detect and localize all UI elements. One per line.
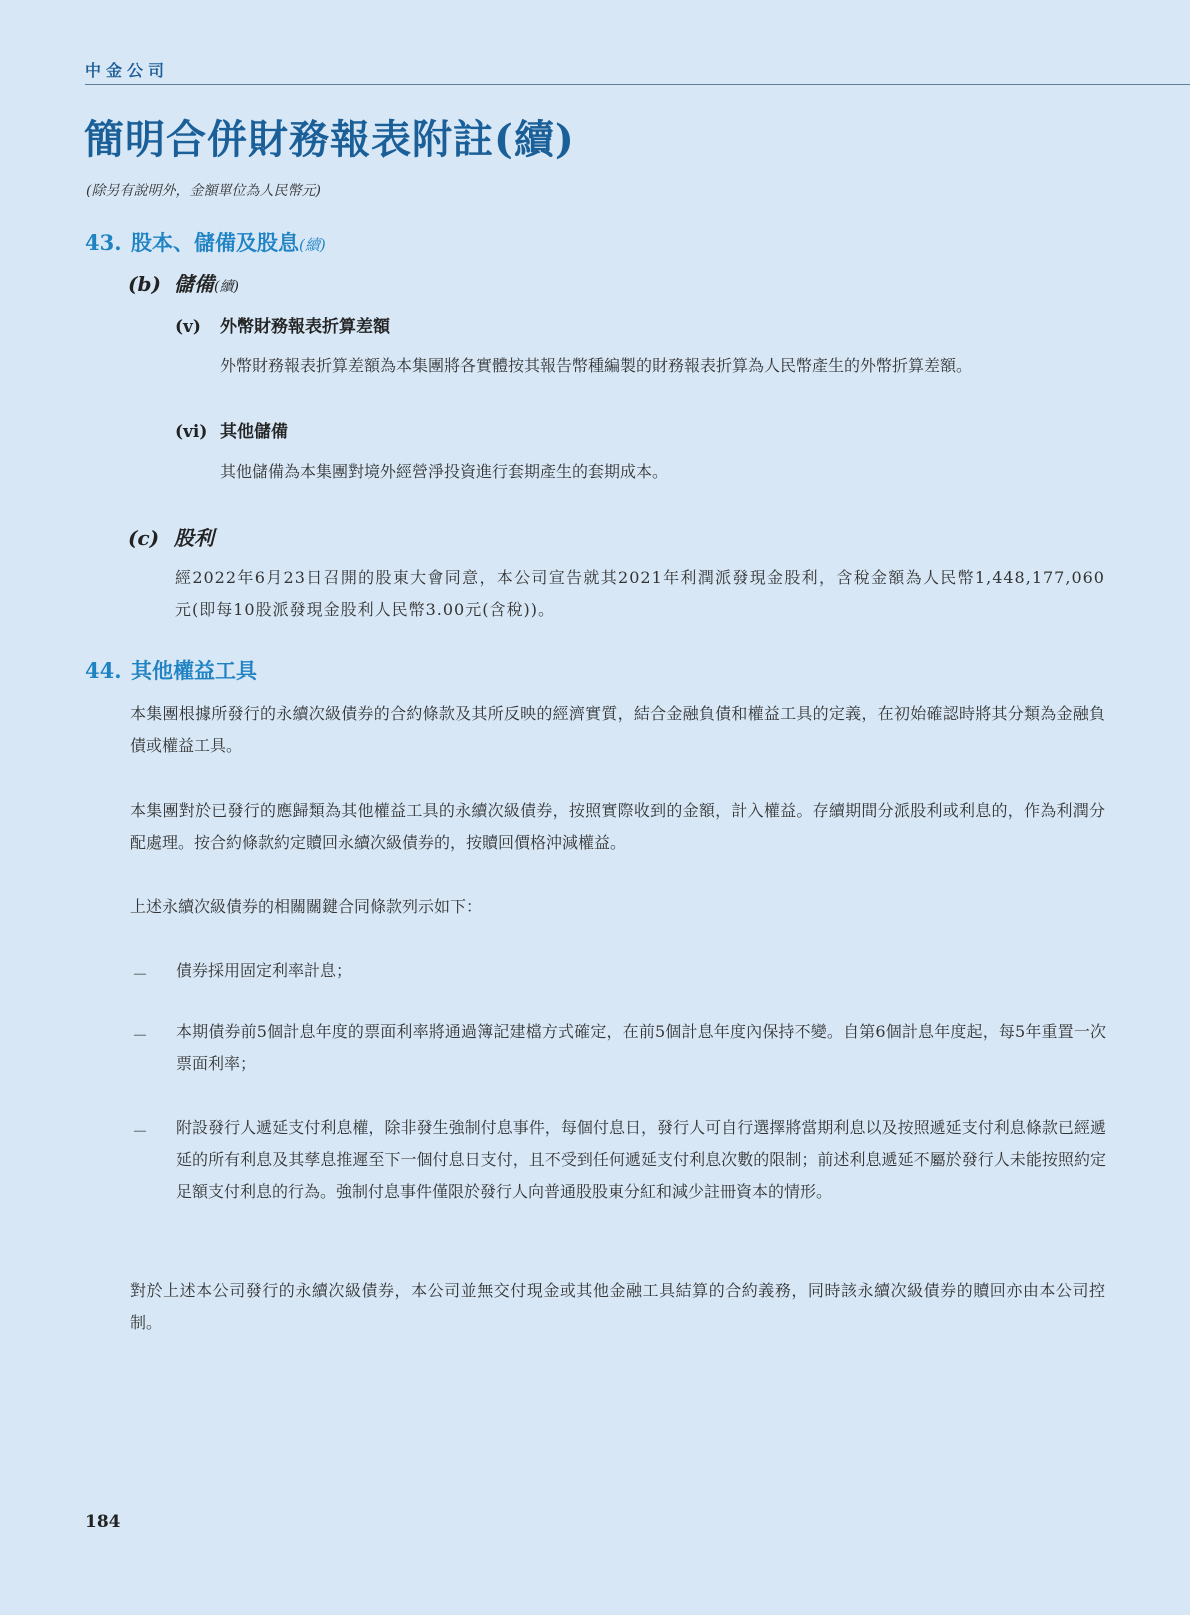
item-title: 外幣財務報表折算差額 <box>220 317 390 337</box>
subsection-number: (c) <box>128 526 174 550</box>
section-43-heading: 43.股本、儲備及股息(續) <box>85 227 326 257</box>
bullet-item: 附設發行人遞延支付利息權，除非發生強制付息事件，每個付息日，發行人可自行選擇將當… <box>176 1112 1106 1208</box>
item-v-text: 外幣財務報表折算差額為本集團將各實體按其報告幣種編製的財務報表折算為人民幣產生的… <box>220 350 1110 382</box>
item-title: 其他儲備 <box>220 422 288 442</box>
bullet-item: 債券採用固定利率計息； <box>176 955 1106 987</box>
item-vi-text: 其他儲備為本集團對境外經營淨投資進行套期產生的套期成本。 <box>220 456 1110 488</box>
item-number: (v) <box>175 317 220 337</box>
section-44-paragraph: 本集團對於已發行的應歸類為其他權益工具的永續次級債券，按照實際收到的金額，計入權… <box>130 795 1105 859</box>
bullet-dash-icon: － <box>132 1119 148 1142</box>
subsection-title: 股利 <box>174 526 214 550</box>
page-number: 184 <box>85 1512 121 1532</box>
section-title: 其他權益工具 <box>131 658 257 683</box>
company-name: 中金公司 <box>85 58 169 81</box>
continued-label: (續) <box>299 236 326 254</box>
bullet-item: 本期債券前5個計息年度的票面利率將通過簿記建檔方式確定，在前5個計息年度內保持不… <box>176 1016 1106 1080</box>
item-number: (vi) <box>175 422 220 442</box>
continued-label: (續) <box>214 279 239 295</box>
subsection-title: 儲備 <box>174 272 214 296</box>
subsection-c-heading: (c)股利 <box>128 522 214 551</box>
subsection-number: (b) <box>128 272 174 296</box>
section-44-paragraph: 本集團根據所發行的永續次級債券的合約條款及其所反映的經濟實質，結合金融負債和權益… <box>130 698 1105 762</box>
section-44-heading: 44.其他權益工具 <box>85 655 257 685</box>
section-44-closing: 對於上述本公司發行的永續次級債券，本公司並無交付現金或其他金融工具結算的合約義務… <box>130 1275 1105 1339</box>
bullet-dash-icon: － <box>132 962 148 985</box>
section-number: 43. <box>85 230 131 255</box>
section-number: 44. <box>85 658 131 683</box>
page-title: 簡明合併財務報表附註(續) <box>84 108 575 165</box>
section-title: 股本、儲備及股息 <box>131 230 299 255</box>
item-v-heading: (v)外幣財務報表折算差額 <box>175 312 390 337</box>
bullet-dash-icon: － <box>132 1023 148 1046</box>
header-divider <box>85 84 1190 85</box>
subsection-c-text: 經2022年6月23日召開的股東大會同意，本公司宣告就其2021年利潤派發現金股… <box>175 562 1105 626</box>
section-44-paragraph: 上述永續次級債券的相關關鍵合同條款列示如下： <box>130 891 1105 923</box>
page-subtitle: (除另有說明外，金額單位為人民幣元) <box>86 180 321 200</box>
subsection-b-heading: (b)儲備(續) <box>128 268 239 297</box>
item-vi-heading: (vi)其他儲備 <box>175 417 288 442</box>
